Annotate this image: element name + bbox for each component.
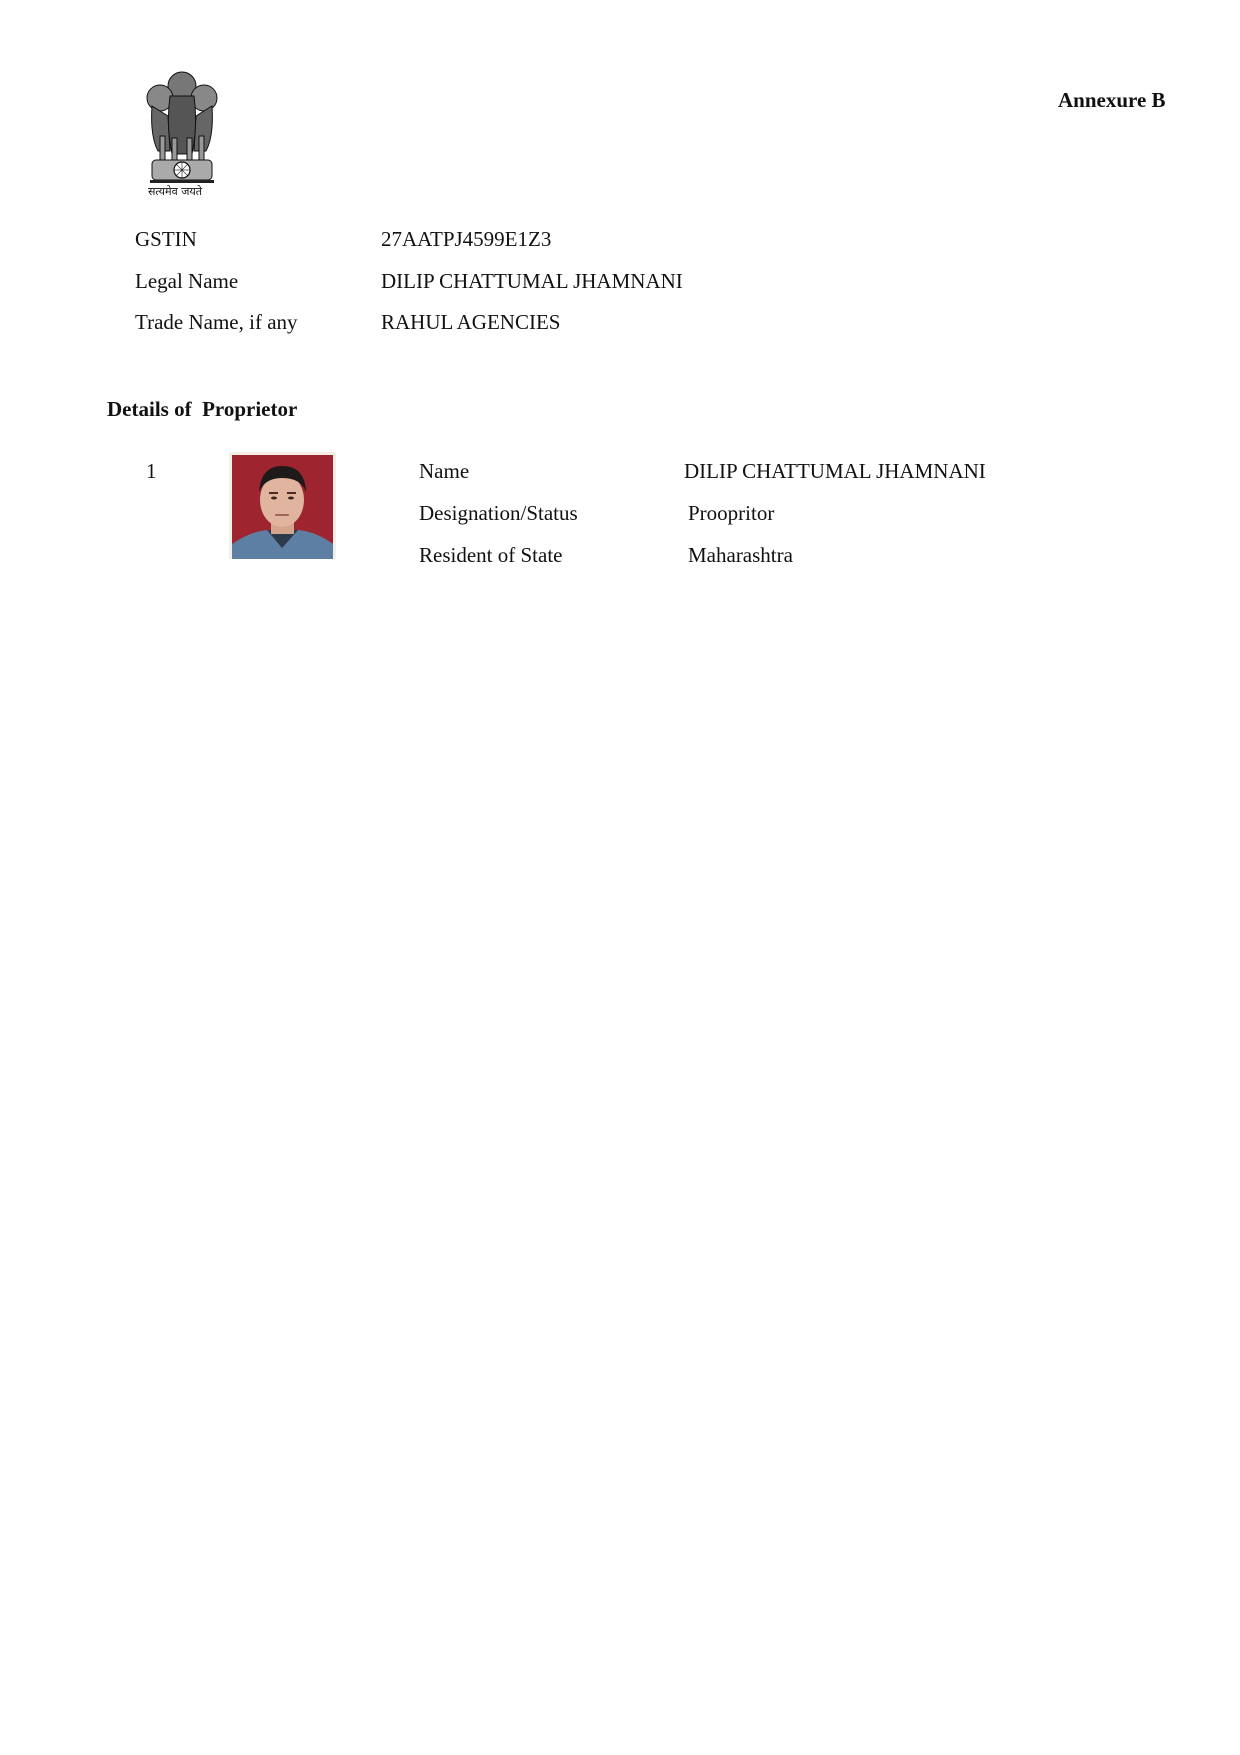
gstin-value: 27AATPJ4599E1Z3 xyxy=(381,229,551,250)
annexure-label: Annexure B xyxy=(1058,88,1166,113)
field-label-name: Name xyxy=(419,461,469,482)
state-emblem-of-india-icon: सत्यमेव जयते xyxy=(140,66,224,202)
proprietor-photo xyxy=(229,452,336,559)
legal-name-value: DILIP CHATTUMAL JHAMNANI xyxy=(381,271,683,292)
legal-name-label: Legal Name xyxy=(135,271,238,292)
field-value-designation: Proopritor xyxy=(688,503,774,524)
trade-name-label: Trade Name, if any xyxy=(135,312,298,333)
section-heading-proprietor: Details of Proprietor xyxy=(107,399,297,420)
field-label-designation: Designation/Status xyxy=(419,503,578,524)
field-label-resident-state: Resident of State xyxy=(419,545,562,566)
field-value-name: DILIP CHATTUMAL JHAMNANI xyxy=(684,461,986,482)
entry-index: 1 xyxy=(146,461,157,482)
field-value-resident-state: Maharashtra xyxy=(688,545,793,566)
gstin-label: GSTIN xyxy=(135,229,197,250)
trade-name-value: RAHUL AGENCIES xyxy=(381,312,560,333)
emblem-caption: सत्यमेव जयते xyxy=(148,184,202,199)
